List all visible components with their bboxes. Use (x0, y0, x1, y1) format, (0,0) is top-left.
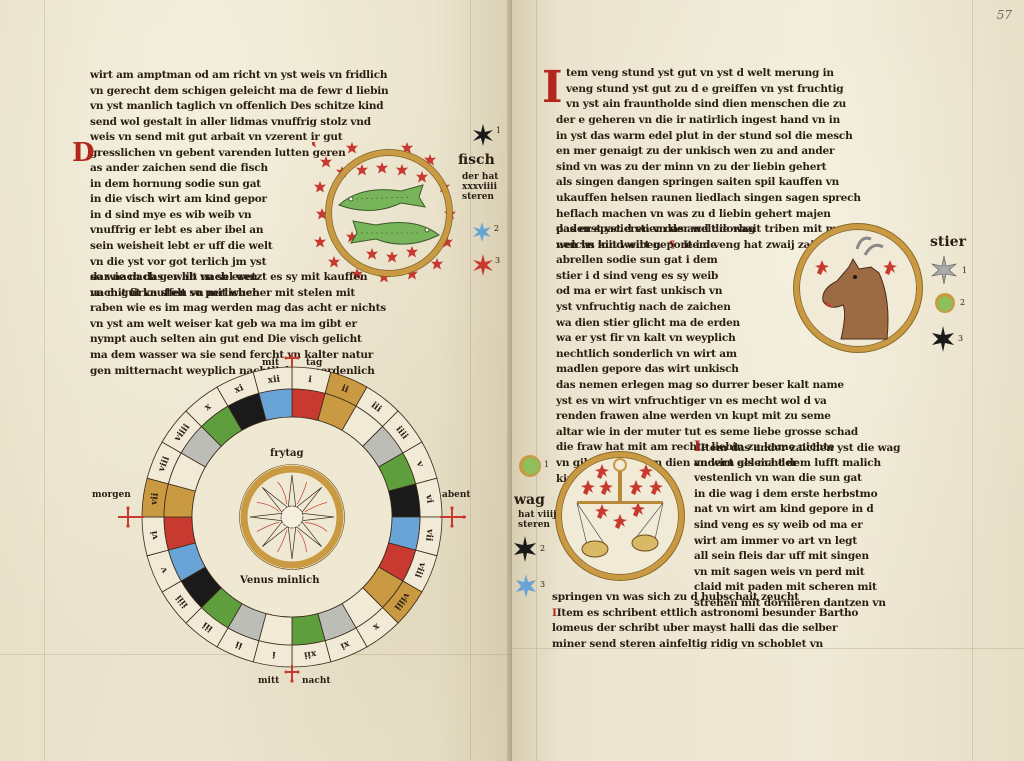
left-page: wirt am amptman od am richt vn yst weis … (0, 0, 512, 761)
red-cross-south-icon (284, 664, 300, 684)
hour-label: vi (423, 493, 434, 504)
margin-title-libra: wag (514, 492, 545, 508)
right-text-bottom: springen vn was sich zu d hubschait zeuc… (552, 590, 972, 652)
planet-star-black-icon (512, 536, 538, 566)
balance-scales-icon (561, 457, 679, 575)
wheel-inner-planet-label: Venus minlich (240, 575, 319, 586)
planet-star-black-icon (930, 326, 956, 356)
text-line: madlen gepore das wirt unkisch (556, 362, 816, 378)
libra-medallion (556, 452, 684, 580)
note-line: steren (462, 192, 498, 202)
text-line: nechtlich sonderlich vn wirt am (556, 347, 816, 363)
hour-label: xii (267, 374, 281, 386)
text-line: veng stund yst gut zu d e greiffen vn ys… (566, 82, 966, 98)
right-text-taurus: das erst yst d stier das and die wag wel… (556, 222, 816, 378)
moon-face-icon (518, 454, 542, 482)
note-line: hat viiij (518, 510, 556, 520)
note-line: der hat (462, 172, 498, 182)
bull-head-icon (799, 229, 917, 347)
marker-number: 1 (496, 126, 501, 135)
text-line: das erst yst d stier das and die wag (556, 222, 816, 238)
wheel-label-noon-right: tag (306, 358, 322, 368)
planet-star-black-icon (472, 124, 494, 150)
text-line: vn yst ain frauntholde sind dien mensche… (566, 97, 966, 113)
text-line: en mer genaigt zu der unkisch wen zu and… (556, 144, 966, 160)
text-line: vestenlich vn wan die sun gat (694, 471, 964, 487)
hour-label: vii (149, 492, 161, 507)
taurus-medallion (794, 224, 922, 352)
wheel-label-morning: morgen (92, 490, 131, 500)
text-line: renden frawen alne werden vn kupt mit zu… (556, 409, 966, 425)
text-line: vn mit firkauffen vn mit wucher mit stel… (90, 286, 485, 302)
planetary-hour-wheel: iiiiiiiiiivviviiviiiviiiixxixiiiiiiiiiii… (140, 365, 444, 669)
text-line: lomeus der schribt uber mayst halli das … (552, 621, 972, 637)
ruling-line (536, 0, 537, 761)
pisces-medallion (326, 150, 452, 276)
marker-number: 2 (494, 224, 499, 233)
rubric-initial: I (542, 66, 563, 110)
text-line: vn mit sagen weis vn perd mit (694, 565, 964, 581)
text-line: wirt am amptman od am richt vn yst weis … (90, 68, 490, 84)
text-line: in die visch wirt am kind gepor (90, 192, 320, 208)
wheel-label-evening: abent (442, 490, 471, 500)
wheel-label-noon-left: mit (262, 358, 279, 368)
text-line: od ma er wirt fast unkisch vn (556, 284, 816, 300)
margin-title-pisces: fisch (458, 152, 495, 168)
text-line: vn yst am welt weiser kat geb wa ma im g… (90, 317, 485, 333)
text-line: sind veng es sy weib od ma er (694, 518, 964, 534)
text-line: der e geheren vn die ir natirlich ingest… (556, 113, 966, 129)
text-line: springen vn was sich zu d hubschait zeuc… (552, 590, 972, 606)
marker-number: 1 (544, 460, 549, 469)
folio-number: 57 (997, 8, 1012, 22)
text-line: vnuffrig er lebt es aber ibel an (90, 223, 320, 239)
text-line: vn wirt geleicht dem lufft malich (694, 456, 964, 472)
right-text-top: tem veng stund yst gut vn yst d welt mer… (566, 66, 966, 113)
marker-number: 3 (958, 334, 963, 343)
wheel-label-midnight-right: nacht (302, 676, 331, 686)
margin-title-taurus: stier (930, 234, 966, 250)
right-text-libra: IItem das ander zaichen yst die wag vn w… (694, 440, 964, 612)
marker-number: 2 (960, 298, 965, 307)
text-line: welchs kind wirt gepore i de (556, 238, 816, 254)
hour-label: xii (303, 648, 317, 660)
ruling-line (972, 0, 973, 761)
planet-star-blue-icon (514, 574, 538, 602)
marker-number: 3 (540, 580, 545, 589)
text-line: das nemen erlegen mag so durrer beser ka… (556, 378, 966, 394)
wheel-inner-day-label: frytag (270, 448, 303, 459)
planet-star-gray-icon (930, 256, 958, 288)
text-line: yst vnfruchtig nach de zaichen (556, 300, 816, 316)
text-line: nat vn wirt am kind gepore in d (694, 502, 964, 518)
text-line: vn yst manlich taglich vn offenlich Des … (90, 99, 490, 115)
pisces-fish-icon (331, 155, 447, 271)
text-line: wa er yst fir vn kalt vn weyplich (556, 331, 816, 347)
text-line: as ander zaichen send die fisch (90, 161, 320, 177)
text-line: tem veng stund yst gut vn yst d welt mer… (566, 66, 966, 82)
text-line: yst es vn wirt vnfruchtiger vn es mecht … (556, 394, 966, 410)
margin-note-libra: hat viiij steren (518, 510, 556, 530)
note-line: steren (518, 520, 556, 530)
text-line: als singen dangen springen saiten spil k… (556, 175, 966, 191)
text-line: in d sind mye es wib weib vn (90, 208, 320, 224)
margin-note-pisces: der hat xxxviiii steren (462, 172, 498, 202)
note-line: xxxviiii (462, 182, 498, 192)
text-line: heflach machen vn was zu d liebin gehert… (556, 207, 966, 223)
text-line: abrellen sodie sun gat i dem (556, 253, 816, 269)
text-line: sein weisheit lebt er uff die welt (90, 239, 320, 255)
text-line: in dem hornung sodie sun gat (90, 177, 320, 193)
text-line: raben wie es im mag werden mag das acht … (90, 301, 485, 317)
text-line: all sein fleis dar uff mit singen (694, 549, 964, 565)
text-line: Item das ander zaichen yst die wag (700, 442, 900, 454)
right-page: 57 I tem veng stund yst gut vn yst d wel… (512, 0, 1024, 761)
red-cross-west-icon (116, 504, 146, 530)
moon-face-icon (934, 292, 956, 318)
text-line: in yst das warm edel plut in der stund s… (556, 129, 966, 145)
wheel-label-midnight-left: mitt (258, 676, 279, 686)
red-cross-east-icon (438, 504, 468, 530)
text-line: wirt am immer vo art vn legt (694, 534, 964, 550)
marker-number: 1 (962, 266, 967, 275)
text-line: nympt auch selten ain gut end Die visch … (90, 332, 485, 348)
text-line: vn die yst vor got terlich jm yst (90, 255, 320, 271)
text-line: Item es schribent ettlich astronomi besu… (557, 607, 859, 619)
text-line: sind vn was zu der minn vn zu der liebin… (556, 160, 966, 176)
text-line: stier i d sind veng es sy weib (556, 269, 816, 285)
text-line: dar nach das er lib vn sel wetzt es sy m… (90, 270, 485, 286)
marker-number: 2 (540, 544, 545, 553)
marker-number: 3 (495, 256, 500, 265)
hour-label: vii (423, 527, 435, 542)
text-line: wa dien stier glicht ma de erden (556, 316, 816, 332)
hour-label: vi (150, 530, 161, 541)
text-line: in die wag i dem erste herbstmo (694, 487, 964, 503)
text-line: miner send steren ainfeltig ridig vn sch… (552, 637, 972, 653)
text-line: ukauffen helsen raunen liedlach singen s… (556, 191, 966, 207)
red-cross-north-icon (284, 352, 300, 368)
text-line: altar wie in der muter tut es seme liebe… (556, 425, 966, 441)
text-line: send wol gestalt in aller lidmas vnuffri… (90, 115, 490, 131)
text-line: vn gerecht dem schigen geleicht ma de fe… (90, 84, 490, 100)
ruling-line (44, 0, 45, 761)
planet-star-blue-icon (472, 222, 492, 246)
